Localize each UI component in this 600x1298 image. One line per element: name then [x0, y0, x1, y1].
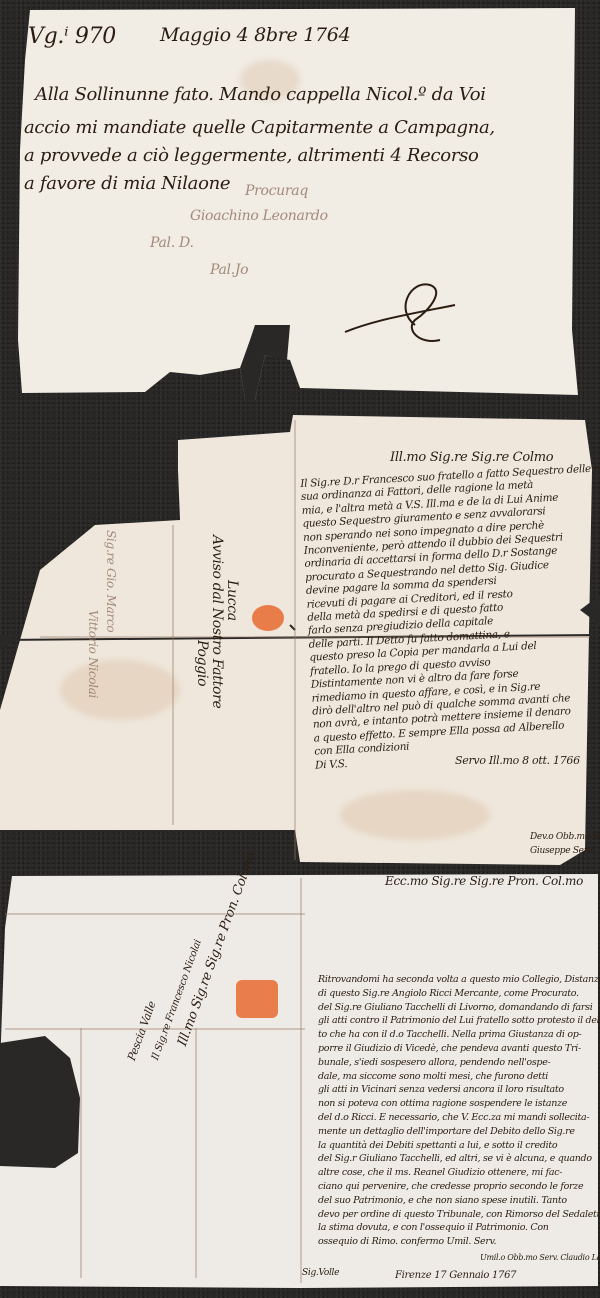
lower-left-note: Sig.Volle — [302, 1268, 339, 1278]
letter-sheet-1: Vg.ⁱ 970 Maggio 4 8bre 1764 Alla Sollinu… — [0, 0, 600, 410]
signature-line: Dev.o Obb.mo Serv. — [530, 832, 600, 842]
address-panel-faint-text: Sig.re Gio. Marco — [104, 530, 118, 632]
closing-date: Servo Ill.mo 8 ott. 1766 — [455, 754, 580, 767]
body-line: mente un dettaglio dell'importare del De… — [318, 1125, 598, 1139]
body-line: Ritrovandomi ha seconda volta a questo m… — [318, 973, 598, 987]
body-line: porre il Giudizio di Vicedè, che pendeva… — [318, 1042, 598, 1056]
body-line: la stima dovuta, e con l'ossequio il Pat… — [318, 1221, 598, 1235]
body-line: a provvede a ciò leggermente, altrimenti… — [24, 145, 479, 166]
wax-seal — [252, 605, 284, 631]
body-line: ossequio di Rimo. confermo Umil. Serv. — [318, 1235, 598, 1249]
letter-sheet-3: Ill.mo Sig.re Sig.re Pron. Col.mo Il Sig… — [0, 868, 600, 1298]
body-line: la quantità dei Debiti spettanti a lui, … — [318, 1139, 598, 1153]
sheet-1-paper — [0, 0, 600, 410]
date-line: Maggio 4 8bre 1764 — [160, 24, 350, 46]
salutation: Ecc.mo Sig.re Sig.re Pron. Col.mo — [385, 874, 583, 888]
body-line: dale, ma siccome sono molti mesi, che fu… — [318, 1070, 598, 1084]
body-line: altre cose, che il ms. Reanel Giudizio o… — [318, 1166, 598, 1180]
body-line: del Sig.r Giuliano Tacchelli, ed altri, … — [318, 1152, 598, 1166]
address-panel-text: Lucca — [224, 580, 240, 621]
signature: Umil.o Obb.mo Serv. Claudio Lanini — [480, 1253, 600, 1262]
body-line: non si poteva con ottima ragione sospend… — [318, 1097, 598, 1111]
bleed-through-text: Procuraq — [245, 183, 308, 199]
signature-line: Giuseppe Servi — [530, 846, 595, 856]
body-line: del suo Patrimonio, e che non siano spes… — [318, 1194, 598, 1208]
letter-body: Il Sig.re D.r Francesco suo fratello a f… — [300, 463, 600, 773]
reference-number: Vg.ⁱ 970 — [28, 24, 116, 49]
address-panel-text: Avviso dal Nostro Fattore — [209, 535, 225, 708]
body-line: del Sig.re Giuliano Tacchelli di Livorno… — [318, 1001, 598, 1015]
bleed-through-text: Gioachino Leonardo — [190, 208, 328, 224]
address-panel-faint-text: Vittorio Nicolai — [86, 610, 100, 698]
body-line: di questo Sig.re Angiolo Ricci Mercante,… — [318, 987, 598, 1001]
wax-seal — [236, 980, 278, 1018]
body-line: to che ha con il d.o Tacchelli. Nella pr… — [318, 1028, 598, 1042]
letter-body: Ritrovandomi ha seconda volta a questo m… — [318, 973, 598, 1249]
body-line: accio mi mandiate quelle Capitarmente a … — [24, 117, 495, 138]
body-line: bunale, s'iedi sospesero allora, pendend… — [318, 1056, 598, 1070]
body-line: ciano qui pervenire, che credesse propri… — [318, 1180, 598, 1194]
body-line: Alla Sollinunne fato. Mando cappella Nic… — [35, 84, 486, 105]
salutation: Ill.mo Sig.re Sig.re Colmo — [390, 450, 553, 465]
body-line: a favore di mia Nilaone — [24, 173, 230, 194]
place-date: Firenze 17 Gennaio 1767 — [395, 1270, 516, 1281]
body-line: devo per ordine di questo Tribunale, con… — [318, 1208, 598, 1222]
body-line: gli atti contro il Patrimonio del Lui fr… — [318, 1014, 598, 1028]
bleed-through-text: Pal. D. — [150, 235, 194, 251]
signature-flourish-icon — [335, 270, 465, 350]
address-panel-text: Poggio — [194, 640, 210, 686]
bleed-through-text: Pal.Jo — [210, 262, 248, 278]
body-line: del d.o Ricci. E necessario, che V. Ecc.… — [318, 1111, 598, 1125]
body-line: gli atti in Vicinari senza vedersi ancor… — [318, 1083, 598, 1097]
letter-sheet-2: Lucca Avviso dal Nostro Fattore Poggio S… — [0, 410, 600, 870]
